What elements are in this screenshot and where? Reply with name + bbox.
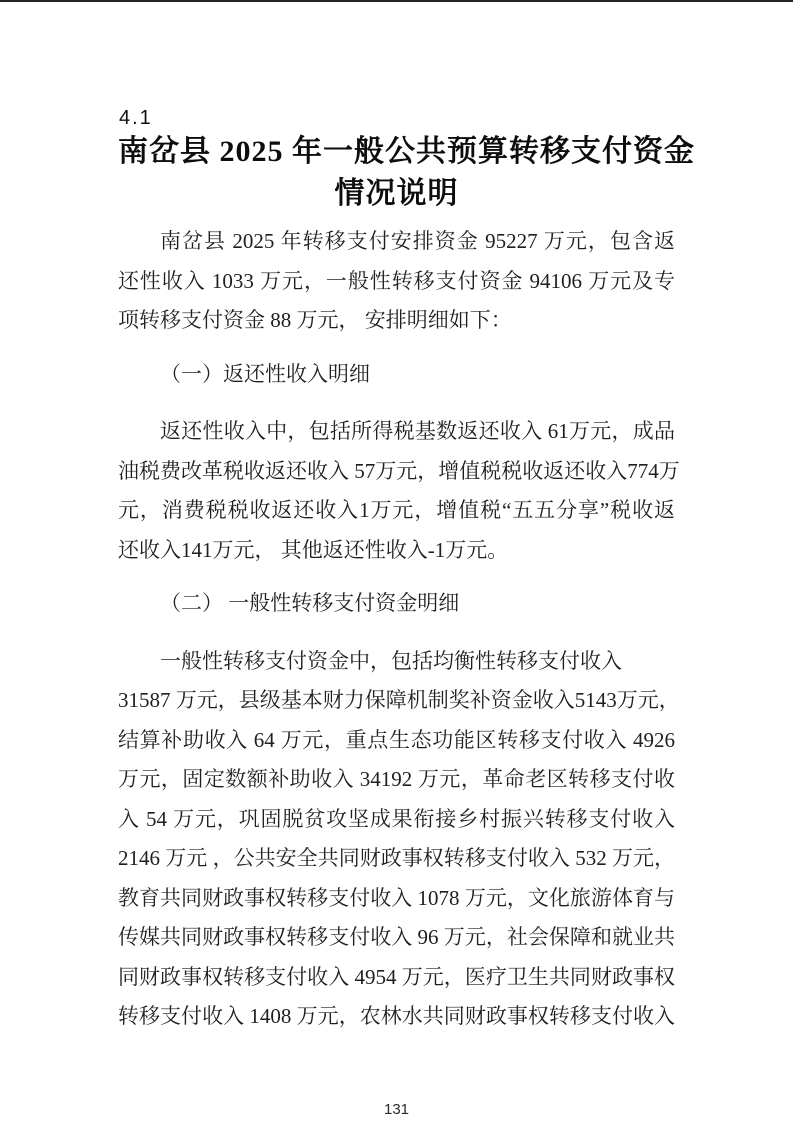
text-line: 南岔县 2025 年转移支付安排资金 95227 万元，包含返 <box>118 222 675 262</box>
text-line: 教育共同财政事权转移支付收入 1078 万元，文化旅游体育与 <box>118 879 675 919</box>
document-title: 南岔县 2025 年一般公共预算转移支付资金 情况说明 <box>118 131 675 215</box>
text-line: 油税费改革税收返还收入 57万元，增值税税收返还收入774万 <box>118 452 675 492</box>
text-line: 还性收入 1033 万元，一般性转移支付资金 94106 万元及专 <box>118 262 675 302</box>
section-heading: （一）返还性收入明细 <box>118 355 675 395</box>
text-line: 入 54 万元，巩固脱贫攻坚成果衔接乡村振兴转移支付收入 <box>118 800 675 840</box>
text-line: 传媒共同财政事权转移支付收入 96 万元，社会保障和就业共 <box>118 918 675 958</box>
document-title-line-2: 情况说明 <box>118 173 675 215</box>
text-line: 万元，固定数额补助收入 34192 万元，革命老区转移支付收 <box>118 760 675 800</box>
text-line: 31587 万元，县级基本财力保障机制奖补资金收入5143万元， <box>118 681 675 721</box>
document-page: 4.1 南岔县 2025 年一般公共预算转移支付资金 情况说明 南岔县 2025… <box>0 0 793 1122</box>
document-body: 南岔县 2025 年转移支付安排资金 95227 万元，包含返还性收入 1033… <box>118 222 675 1037</box>
text-line: 元，消费税税收返还收入1万元，增值税“五五分享”税收返 <box>118 491 675 531</box>
text-line: 结算补助收入 64 万元，重点生态功能区转移支付收入 4926 <box>118 721 675 761</box>
text-line: 返还性收入中，包括所得税基数返还收入 61万元，成品 <box>118 412 675 452</box>
section-heading: （二） 一般性转移支付资金明细 <box>118 584 675 624</box>
text-line: 2146 万元 ，公共安全共同财政事权转移支付收入 532 万元， <box>118 839 675 879</box>
text-line: 转移支付收入 1408 万元，农林水共同财政事权转移支付收入 <box>118 997 675 1037</box>
paragraph: 一般性转移支付资金中，包括均衡性转移支付收入31587 万元，县级基本财力保障机… <box>118 642 675 1037</box>
paragraph: 南岔县 2025 年转移支付安排资金 95227 万元，包含返还性收入 1033… <box>118 222 675 341</box>
page-top-border <box>0 0 793 2</box>
text-line: 项转移支付资金 88 万元， 安排明细如下： <box>118 301 675 341</box>
text-line: 一般性转移支付资金中，包括均衡性转移支付收入 <box>118 642 675 682</box>
document-title-line-1: 南岔县 2025 年一般公共预算转移支付资金 <box>118 131 675 173</box>
text-line: 同财政事权转移支付收入 4954 万元，医疗卫生共同财政事权 <box>118 958 675 998</box>
text-line: 还收入141万元， 其他返还性收入-1万元。 <box>118 531 675 571</box>
page-number: 131 <box>0 1101 793 1119</box>
paragraph: 返还性收入中，包括所得税基数返还收入 61万元，成品油税费改革税收返还收入 57… <box>118 412 675 570</box>
section-number: 4.1 <box>119 107 153 129</box>
